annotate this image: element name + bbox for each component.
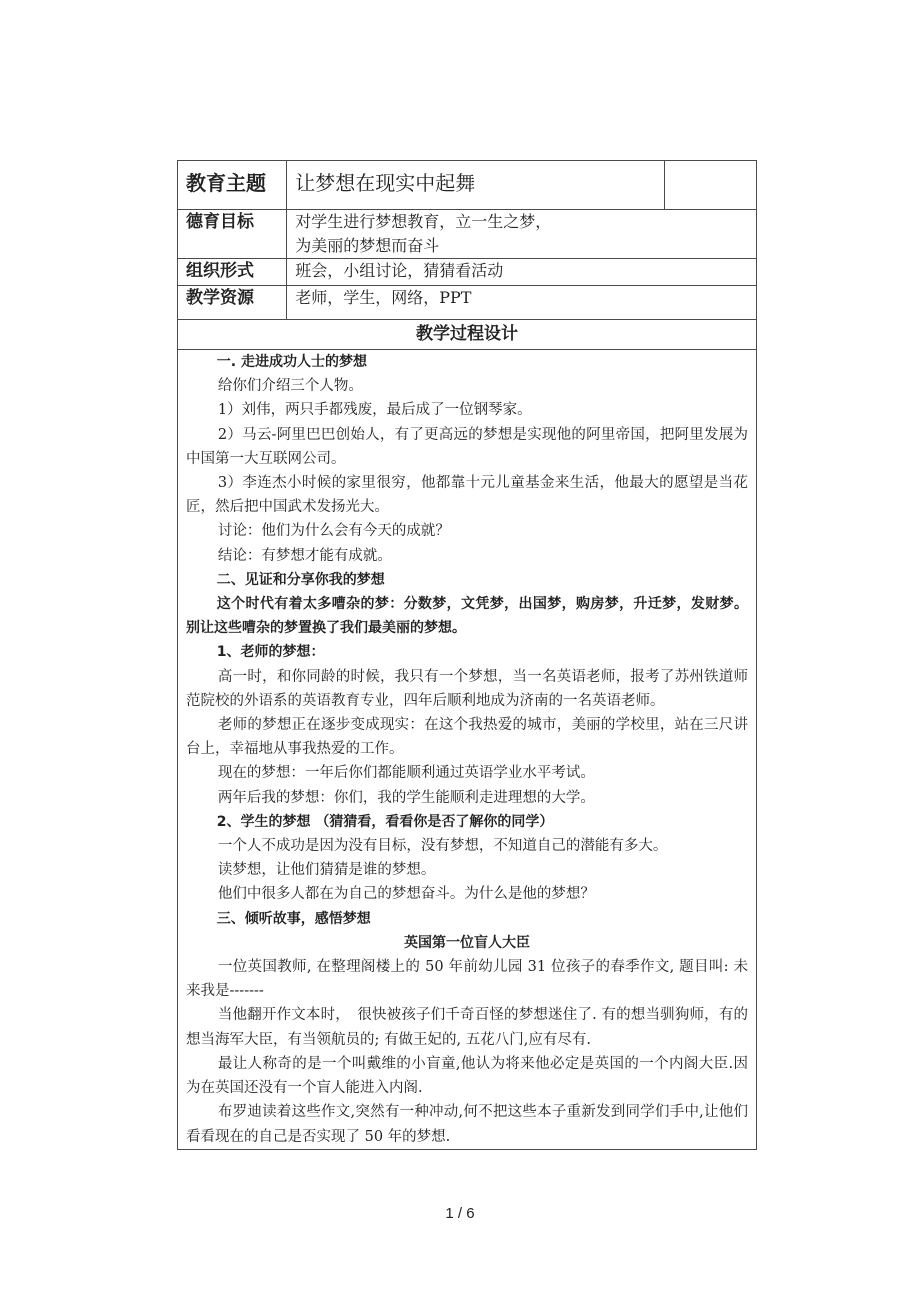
paragraph: 两年后我的梦想：你们，我的学生能顺利走进理想的大学。: [186, 786, 748, 810]
section-header: 教学过程设计: [178, 320, 757, 350]
moral-goal-label: 德育目标: [178, 210, 287, 259]
lesson-body: 一. 走进成功人士的梦想 给你们介绍三个人物。 1）刘伟，两只手都残废，最后成了…: [178, 350, 757, 1150]
resources-label: 教学资源: [178, 286, 287, 320]
subheading-teacher-dream: 1、老师的梦想：: [186, 640, 748, 664]
paragraph: 老师的梦想正在逐步变成现实：在这个我热爱的城市，美丽的学校里，站在三尺讲台上，幸…: [186, 713, 748, 761]
paragraph: 现在的梦想：一年后你们都能顺利通过英语学业水平考试。: [186, 761, 748, 785]
paragraph: 给你们介绍三个人物。: [186, 374, 748, 398]
paragraph: 结论：有梦想才能有成就。: [186, 544, 748, 568]
story-title: 英国第一位盲人大臣: [186, 931, 748, 955]
paragraph: 他们中很多人都在为自己的梦想奋斗。为什么是他的梦想？: [186, 882, 748, 906]
paragraph: 讨论：他们为什么会有今天的成就？: [186, 519, 748, 543]
paragraph: 高一时，和你同龄的时候，我只有一个梦想，当一名英语老师，报考了苏州铁道师范院校的…: [186, 665, 748, 713]
row-resources: 教学资源 老师，学生，网络，PPT: [178, 286, 757, 320]
theme-value: 让梦想在现实中起舞: [287, 161, 665, 210]
paragraph: 最让人称奇的是一个叫戴维的小盲童,他认为将来他必定是英国的一个内阁大臣.因为在英…: [186, 1052, 748, 1100]
paragraph: 一个人不成功是因为没有目标，没有梦想，不知道自己的潜能有多大。: [186, 834, 748, 858]
paragraph: 2）马云-阿里巴巴创始人，有了更高远的梦想是实现他的阿里帝国，把阿里发展为中国第…: [186, 423, 748, 471]
paragraph-bold: 这个时代有着太多嘈杂的梦：分数梦，文凭梦，出国梦，购房梦，升迁梦，发财梦。别让这…: [186, 592, 748, 640]
organization-label: 组织形式: [178, 259, 287, 286]
heading-2: 二、见证和分享你我的梦想: [186, 568, 748, 592]
page-indicator: 1 / 6: [0, 1205, 920, 1222]
row-body: 一. 走进成功人士的梦想 给你们介绍三个人物。 1）刘伟，两只手都残废，最后成了…: [178, 350, 757, 1150]
row-section-header: 教学过程设计: [178, 320, 757, 350]
resources-value: 老师，学生，网络，PPT: [287, 286, 757, 320]
theme-label: 教育主题: [178, 161, 287, 210]
subheading-student-dream: 2、学生的梦想 （猜猜看，看看你是否了解你的同学）: [186, 810, 748, 834]
document-page: 教育主题 让梦想在现实中起舞 德育目标 对学生进行梦想教育，立一生之梦， 为美丽…: [0, 0, 920, 1302]
paragraph: 一位英国教师, 在整理阁楼上的 50 年前幼儿园 31 位孩子的春季作文, 题目…: [186, 955, 748, 1003]
theme-extra-cell: [665, 161, 757, 210]
paragraph: 当他翻开作文本时， 很快被孩子们千奇百怪的梦想迷住了. 有的想当驯狗师，有的想当…: [186, 1003, 748, 1051]
paragraph: 3）李连杰小时候的家里很穷，他都靠十元儿童基金来生活，他最大的愿望是当花匠，然后…: [186, 471, 748, 519]
paragraph: 1）刘伟，两只手都残废，最后成了一位钢琴家。: [186, 398, 748, 422]
row-moral-goal: 德育目标 对学生进行梦想教育，立一生之梦， 为美丽的梦想而奋斗: [178, 210, 757, 259]
moral-goal-line-1: 对学生进行梦想教育，立一生之梦，: [295, 210, 748, 234]
row-theme: 教育主题 让梦想在现实中起舞: [178, 161, 757, 210]
organization-value: 班会，小组讨论，猜猜看活动: [287, 259, 757, 286]
moral-goal-line-2: 为美丽的梦想而奋斗: [295, 234, 748, 258]
moral-goal-value: 对学生进行梦想教育，立一生之梦， 为美丽的梦想而奋斗: [287, 210, 757, 259]
heading-3: 三、倾听故事，感悟梦想: [186, 907, 748, 931]
row-organization: 组织形式 班会，小组讨论，猜猜看活动: [178, 259, 757, 286]
paragraph: 读梦想，让他们猜猜是谁的梦想。: [186, 858, 748, 882]
lesson-plan-table: 教育主题 让梦想在现实中起舞 德育目标 对学生进行梦想教育，立一生之梦， 为美丽…: [177, 160, 757, 1150]
paragraph: 布罗迪读着这些作文,突然有一种冲动,何不把这些本子重新发到同学们手中,让他们看看…: [186, 1100, 748, 1148]
heading-1: 一. 走进成功人士的梦想: [186, 350, 748, 374]
